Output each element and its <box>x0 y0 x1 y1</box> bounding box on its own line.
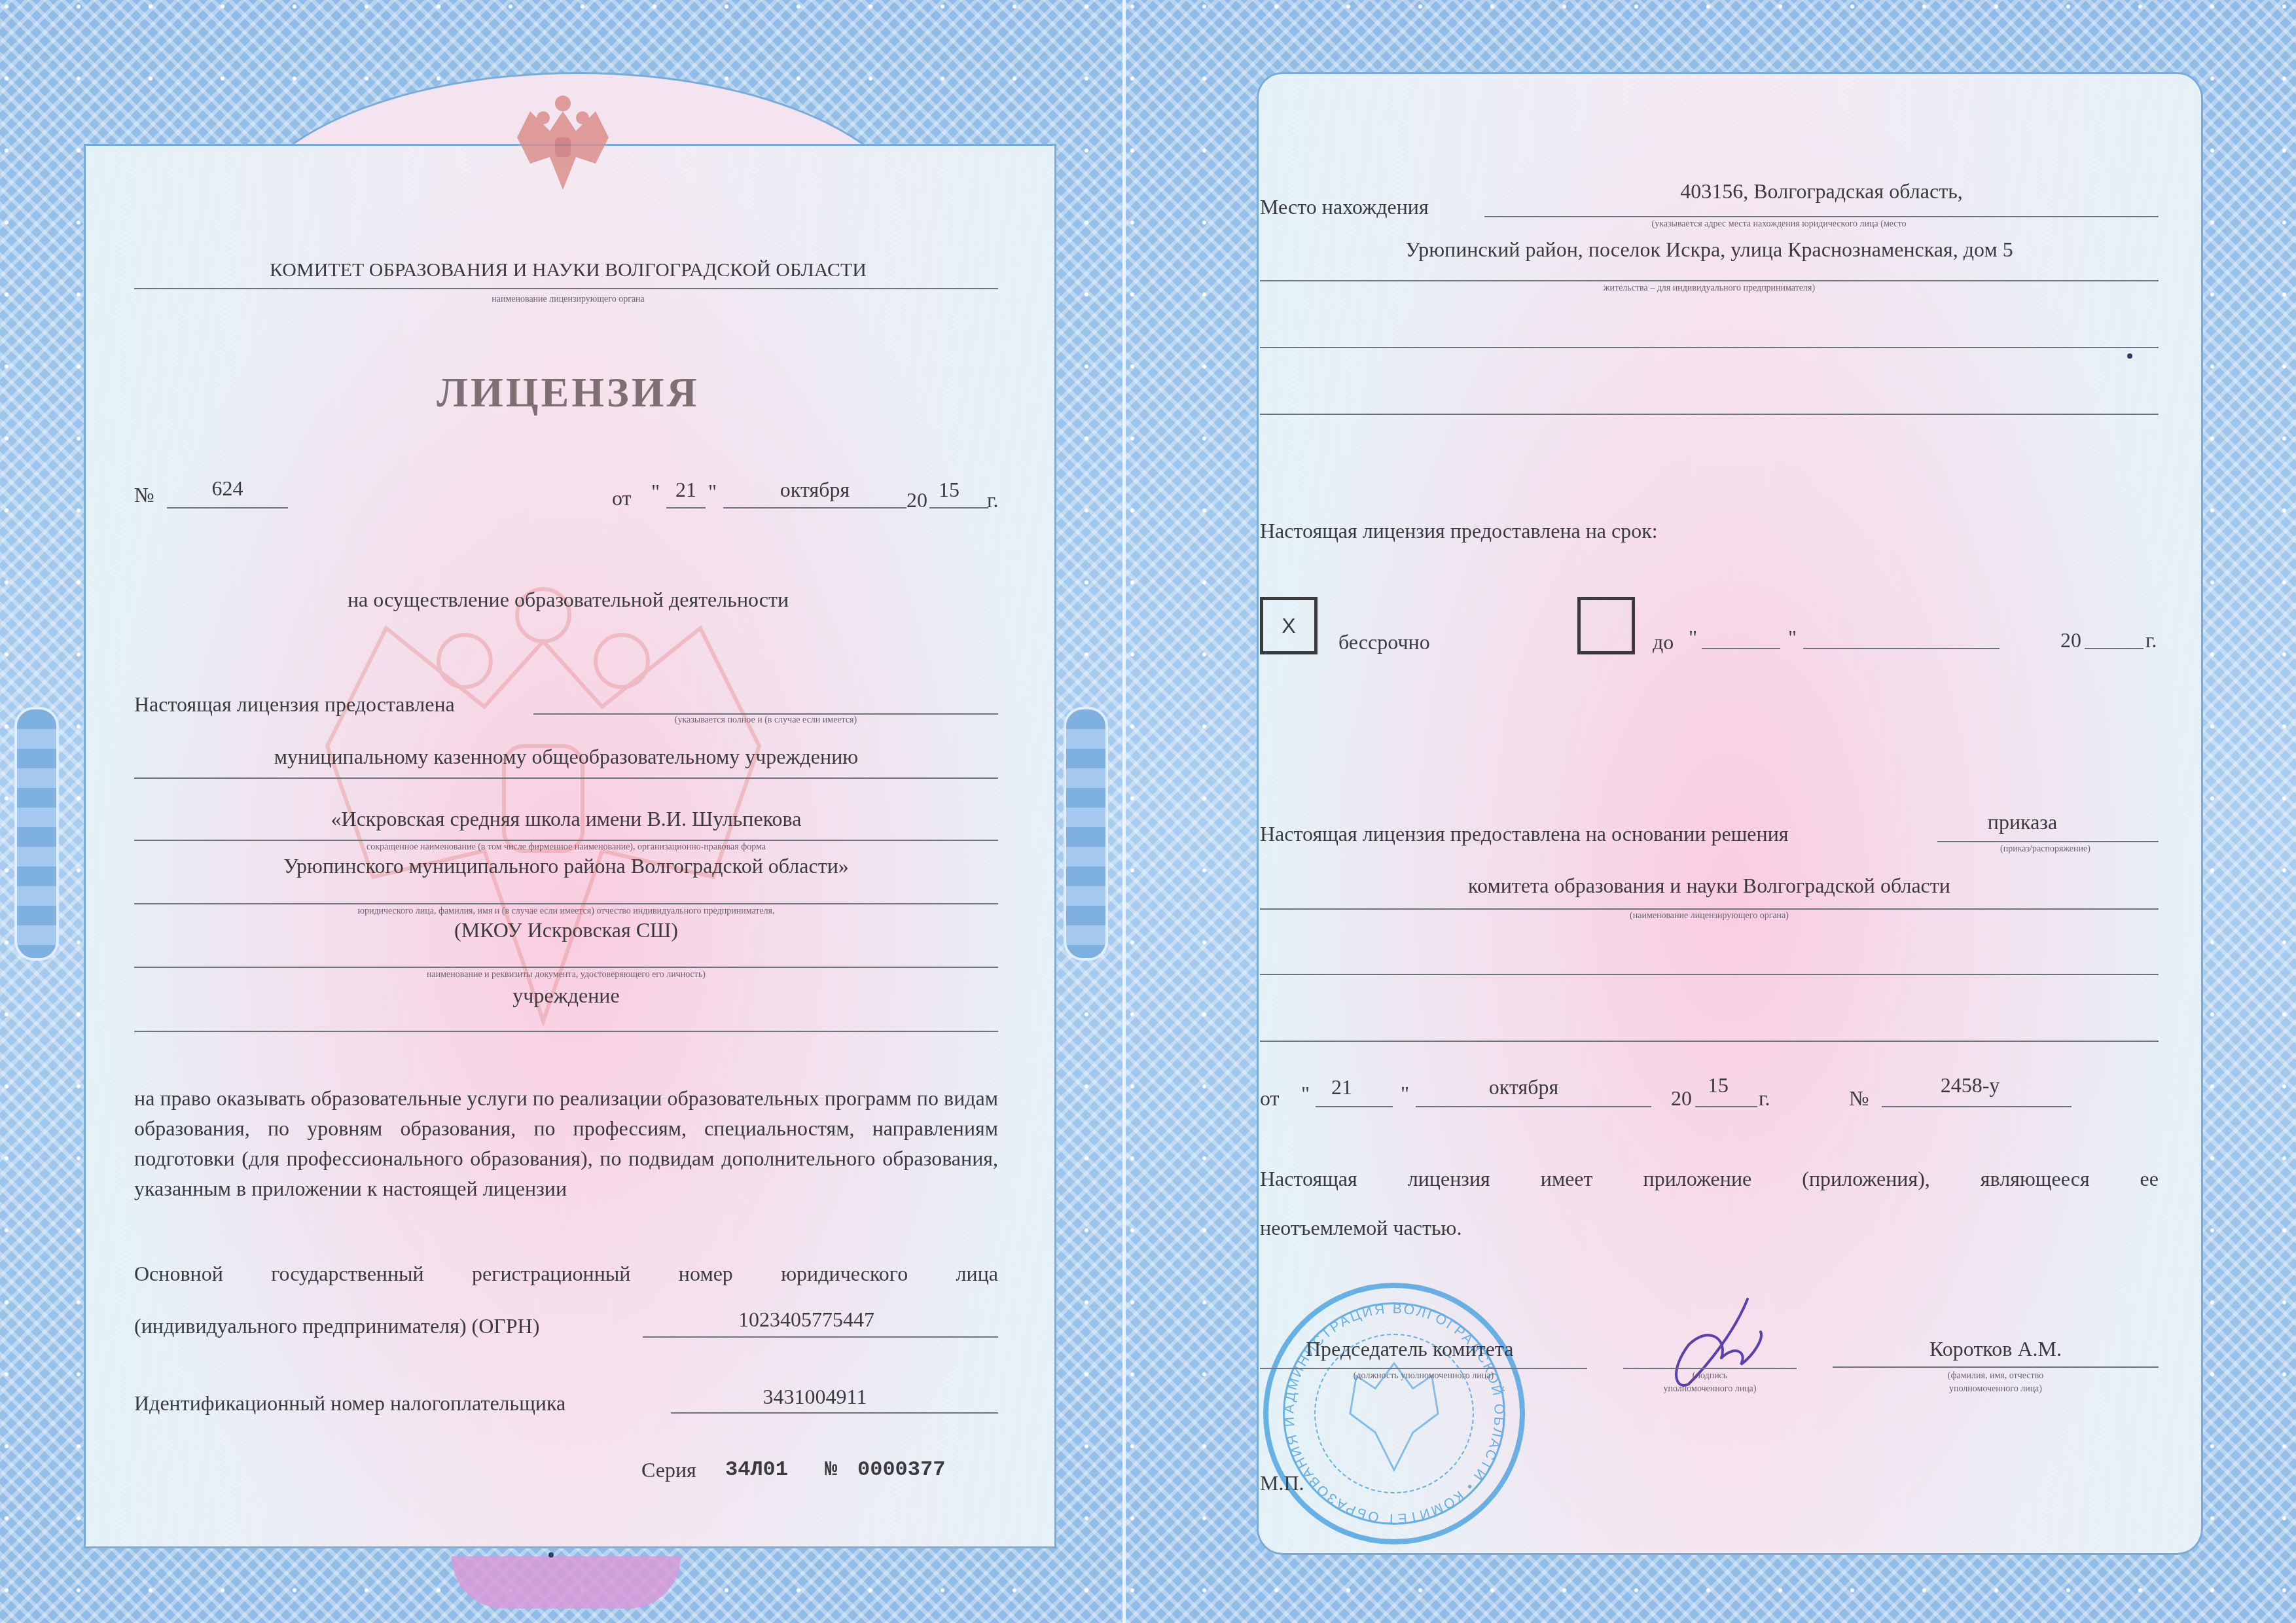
quote-mark: " <box>708 481 717 502</box>
org-name-line-3: Урюпинского муниципального района Волгог… <box>134 855 998 876</box>
svg-text:АДМИНИСТРАЦИЯ ВОЛГОГРАДСКОЙ ОБ: АДМИНИСТРАЦИЯ ВОЛГОГРАДСКОЙ ОБЛАСТИ • КО… <box>1268 1288 1507 1526</box>
license-number: 624 <box>167 478 288 499</box>
address-caption-2: жительства – для индивидуального предпри… <box>1260 283 2159 294</box>
rule <box>134 288 998 289</box>
rule <box>533 713 998 715</box>
signature-caption-1: (подпись <box>1623 1371 1797 1382</box>
license-purpose: на осуществление образовательной деятель… <box>84 589 1052 610</box>
order-date-label: от <box>1260 1088 1280 1109</box>
signer-position: Председатель комитета <box>1306 1338 1513 1359</box>
ogrn-label-line-1: Основной государственный регистрационный… <box>134 1263 998 1284</box>
rule <box>1623 1368 1797 1369</box>
basis-label: Настоящая лицензия предоставлена на осно… <box>1260 823 1788 844</box>
signature-caption-2: уполномоченного лица) <box>1623 1384 1797 1395</box>
seal-text-ring: АДМИНИСТРАЦИЯ ВОЛГОГРАДСКОЙ ОБЛАСТИ • КО… <box>1268 1288 1520 1539</box>
series-label: Серия <box>641 1459 696 1480</box>
quote-mark: " <box>1689 627 1697 648</box>
basis-type: приказа <box>1937 811 2108 832</box>
rule <box>666 507 706 508</box>
basis-authority-caption: (наименование лицензирующего органа) <box>1260 911 2159 921</box>
border-dot <box>548 1552 554 1558</box>
date-year-suffix: 15 <box>929 479 969 500</box>
order-number-label: № <box>1849 1088 1869 1109</box>
date-year-prefix: 20 <box>906 490 927 510</box>
number-label: № <box>134 484 154 505</box>
granted-to-label: Настоящая лицензия предоставлена <box>134 694 455 715</box>
rule <box>134 967 998 968</box>
license-front-page: КОМИТЕТ ОБРАЗОВАНИЯ И НАУКИ ВОЛГОГРАДСКО… <box>0 0 1122 1623</box>
authority-name: КОМИТЕТ ОБРАЗОВАНИЯ И НАУКИ ВОЛГОГРАДСКО… <box>84 260 1052 280</box>
rule <box>1937 841 2159 842</box>
series-number: 0000377 <box>857 1459 945 1480</box>
rule <box>1260 974 2159 975</box>
granted-to-caption: (указывается полное и (в случае если име… <box>533 715 998 726</box>
appendix-text-line-1: Настоящая лицензия имеет приложение (при… <box>1260 1168 2159 1189</box>
signer-name-caption-2: уполномоченного лица) <box>1833 1384 2159 1395</box>
rule <box>134 1031 998 1032</box>
date-year-label: г. <box>987 490 999 510</box>
rule <box>1260 347 2159 348</box>
check-mark: Х <box>1282 614 1295 638</box>
official-seal-stamp: АДМИНИСТРАЦИЯ ВОЛГОГРАДСКОЙ ОБЛАСТИ • КО… <box>1263 1283 1525 1544</box>
org-short-name: (МКОУ Искровская СШ) <box>134 919 998 940</box>
rule <box>723 507 906 508</box>
term-until-year-label: г. <box>2145 630 2157 651</box>
basis-authority: комитета образования и науки Волгоградск… <box>1260 875 2159 896</box>
document-title: ЛИЦЕНЗИЯ <box>84 372 1052 414</box>
border-ornament-panel <box>1064 707 1108 961</box>
org-name-line-2: «Искровская средняя школа имени В.И. Шул… <box>134 808 998 829</box>
term-until-label: до <box>1653 632 1674 652</box>
quote-mark: " <box>1301 1083 1310 1104</box>
appendix-text-line-2: неотъемлемой частью. <box>1260 1217 1462 1238</box>
date-from-label: от <box>612 488 632 508</box>
rule <box>134 903 998 904</box>
inn-label: Идентификационный номер налогоплательщик… <box>134 1393 565 1414</box>
order-year-suffix: 15 <box>1695 1075 1741 1096</box>
address-line-1: 403156, Волгоградская область, <box>1484 181 2159 202</box>
signer-position-caption: (должность уполномоченного лица) <box>1260 1371 1587 1382</box>
address-caption-1: (указывается адрес места нахождения юрид… <box>1484 219 2073 230</box>
rule <box>1260 280 2159 281</box>
series-number-label: № <box>825 1459 837 1480</box>
double-headed-eagle-icon <box>504 92 622 203</box>
inn-value: 3431004911 <box>671 1386 959 1407</box>
term-until-day-field <box>1702 648 1780 649</box>
rule <box>1260 414 2159 415</box>
quote-mark: " <box>1401 1083 1409 1104</box>
order-year-label: г. <box>1759 1088 1770 1109</box>
quote-mark: " <box>651 481 660 502</box>
authority-caption: наименование лицензирующего органа <box>84 294 1052 305</box>
date-day: 21 <box>666 479 706 500</box>
quote-mark: " <box>1788 627 1797 648</box>
basis-type-caption: (приказ/распоряжение) <box>1970 844 2121 855</box>
order-month: октября <box>1416 1077 1632 1097</box>
border-ornament-panel <box>14 707 59 961</box>
org-caption-4: наименование и реквизиты документа, удос… <box>134 970 998 980</box>
order-day: 21 <box>1316 1077 1368 1097</box>
signer-name: Коротков А.М. <box>1833 1338 2159 1359</box>
order-year-prefix: 20 <box>1671 1088 1692 1109</box>
signer-name-caption-1: (фамилия, имя, отчество <box>1833 1371 2159 1382</box>
term-until-month-field <box>1803 648 2000 649</box>
term-until-checkbox[interactable] <box>1577 597 1635 654</box>
date-month: октября <box>723 479 906 500</box>
term-indefinite-checkbox[interactable]: Х <box>1260 597 1318 654</box>
term-until-year-field <box>2085 648 2144 649</box>
rule <box>1416 1106 1651 1107</box>
border-dot <box>2127 353 2132 359</box>
seal-label: М.П. <box>1260 1472 1304 1493</box>
ogrn-value: 1023405775447 <box>643 1309 970 1330</box>
security-hologram-tab <box>452 1556 681 1609</box>
rule <box>643 1336 998 1338</box>
rule <box>134 777 998 779</box>
term-until-year-prefix: 20 <box>2060 630 2081 651</box>
org-type: учреждение <box>134 985 998 1006</box>
org-caption-3: юридического лица, фамилия, имя и (в слу… <box>134 906 998 917</box>
order-number: 2458-у <box>1882 1075 2058 1096</box>
license-rights-text: на право оказывать образовательные услуг… <box>134 1083 998 1204</box>
rule <box>1833 1366 2159 1368</box>
rule <box>1260 1041 2159 1042</box>
series-code: 34Л01 <box>725 1459 788 1480</box>
rule <box>1260 908 2159 910</box>
rule <box>1882 1106 2072 1107</box>
rule <box>929 507 988 508</box>
rule <box>1260 1368 1587 1369</box>
rule <box>1695 1106 1757 1107</box>
rule <box>1484 216 2159 217</box>
org-caption-2: сокращенное наименование (в том числе фи… <box>134 842 998 853</box>
address-label: Место нахождения <box>1260 196 1429 217</box>
rule <box>1316 1106 1393 1107</box>
rule <box>134 840 998 841</box>
address-line-2: Урюпинский район, поселок Искра, улица К… <box>1260 239 2159 260</box>
term-indefinite-label: бессрочно <box>1338 632 1430 652</box>
rule <box>167 507 288 508</box>
term-label: Настоящая лицензия предоставлена на срок… <box>1260 520 1658 541</box>
rule <box>671 1412 998 1414</box>
org-name-line-1: муниципальному казенному общеобразовател… <box>134 746 998 767</box>
ogrn-label-line-2: (индивидуального предпринимателя) (ОГРН) <box>134 1315 539 1336</box>
